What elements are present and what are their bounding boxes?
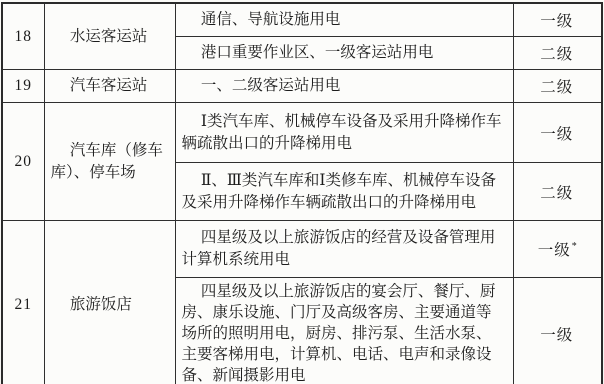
- level-cell-20-2: 二级: [513, 163, 602, 221]
- level-text: 二级: [540, 79, 573, 96]
- row-number-19: 19: [2, 70, 44, 103]
- desc-cell-19-1: 一、二级客运站用电: [175, 70, 513, 103]
- desc-cell-21-2: 四星级及以上旅游饭店的宴会厅、餐厅、厨房、康乐设施、门厅及高级客房、主要通道等场…: [175, 278, 513, 384]
- row-number-20: 20: [2, 103, 44, 221]
- place-cell-21: 旅游饭店: [44, 221, 175, 384]
- level-cell-20-1: 一级: [513, 103, 602, 163]
- row-number-21: 21: [2, 221, 44, 384]
- level-cell-21-1: 一级*: [513, 221, 602, 278]
- level-text: 一级: [540, 126, 573, 143]
- desc-cell-18-1: 通信、导航设施用电: [175, 3, 513, 37]
- level-cell-18-1: 一级: [513, 3, 602, 37]
- level-cell-21-2: 一级: [513, 278, 602, 384]
- place-cell-20: 汽车库（修车库）、停车场: [44, 103, 175, 221]
- desc-cell-20-2: Ⅱ、Ⅲ类汽车库和Ⅰ类修车库、机械停车设备及采用升降梯作车辆疏散出口的升降梯用电: [175, 163, 513, 221]
- level-cell-18-2: 二级: [513, 37, 602, 70]
- level-note: *: [572, 241, 577, 252]
- desc-cell-20-1: Ⅰ类汽车库、机械停车设备及采用升降梯作车辆疏散出口的升降梯用电: [175, 103, 513, 163]
- desc-cell-21-1: 四星级及以上旅游饭店的经营及设备管理用计算机系统用电: [175, 221, 513, 278]
- scanned-document-page: 18 水运客运站 通信、导航设施用电 一级 港口重要作业区、一级客运站用电 二级…: [0, 0, 604, 384]
- level-cell-19-1: 二级: [513, 70, 602, 103]
- level-text: 二级: [540, 46, 573, 63]
- place-cell-19: 汽车客运站: [44, 70, 175, 103]
- level-text: 一级: [540, 13, 573, 30]
- place-cell-18: 水运客运站: [44, 3, 175, 70]
- level-text: 二级: [540, 185, 573, 202]
- desc-cell-18-2: 港口重要作业区、一级客运站用电: [175, 37, 513, 70]
- load-classification-table: 18 水运客运站 通信、导航设施用电 一级 港口重要作业区、一级客运站用电 二级…: [1, 2, 603, 384]
- level-text: 一级: [538, 243, 571, 260]
- row-number-18: 18: [2, 3, 44, 70]
- level-text: 一级: [540, 327, 573, 344]
